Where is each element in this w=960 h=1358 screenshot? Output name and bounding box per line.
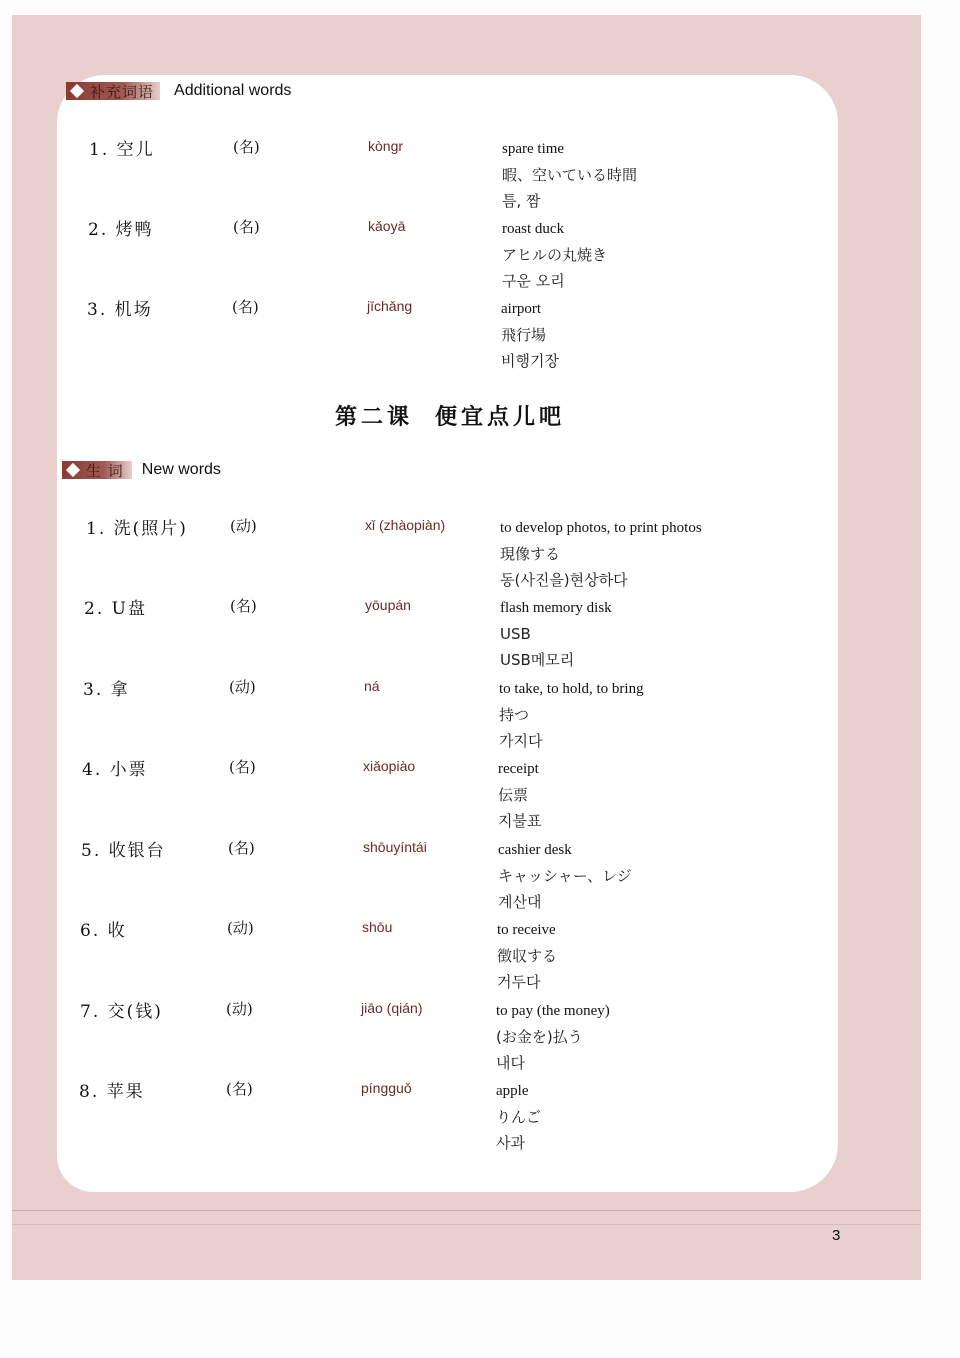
vocab-row: 1. 空儿 (名) kòngr spare time 暇、空いている時間 틈, …	[0, 135, 960, 215]
footer-divider	[12, 1210, 921, 1211]
lesson-title: 第二课便宜点儿吧	[0, 400, 900, 431]
vocab-row: 3. 机场 (名) jīchǎng airport 飛行場 비행기장	[0, 295, 960, 375]
pinyin: shōuyíntái	[363, 839, 427, 855]
definitions: cashier desk キャッシャー、レジ 계산대	[498, 839, 632, 916]
definition-ja: アヒルの丸焼き	[502, 243, 607, 269]
definition-en: airport	[501, 298, 559, 323]
definitions: apple りんご 사과	[496, 1080, 541, 1157]
definition-en: flash memory disk	[500, 597, 612, 622]
vocab-word: 4. 小票	[82, 755, 148, 780]
vocab-word: 8. 苹果	[79, 1077, 145, 1102]
part-of-speech: (动)	[226, 998, 253, 1019]
section-label-zh: 补充词语	[90, 81, 154, 102]
vocab-row: 4. 小票 (名) xiǎopiào receipt 伝票 지불표	[0, 755, 960, 835]
pinyin: píngguǒ	[361, 1080, 412, 1096]
part-of-speech: (名)	[230, 595, 257, 616]
part-of-speech: (名)	[233, 216, 260, 237]
pinyin: xǐ (zhàopiàn)	[365, 517, 445, 533]
definition-ko: 틈, 짬	[502, 189, 637, 215]
definition-ja: 飛行場	[501, 323, 559, 349]
vocab-row: 2. 烤鸭 (名) kǎoyā roast duck アヒルの丸焼き 구운 오리	[0, 215, 960, 295]
definition-en: to develop photos, to print photos	[500, 517, 702, 542]
part-of-speech: (名)	[232, 296, 259, 317]
pinyin: kǎoyā	[368, 218, 405, 234]
definition-ko: 지불표	[498, 809, 541, 835]
part-of-speech: (名)	[228, 837, 255, 858]
definitions: to receive 徴収する 거두다	[497, 919, 557, 996]
definition-en: to take, to hold, to bring	[499, 678, 644, 703]
definition-ko: 사과	[496, 1131, 541, 1157]
definition-ja: USB	[500, 622, 612, 648]
part-of-speech: (动)	[230, 515, 257, 536]
section-badge: 生 词	[62, 461, 132, 479]
diamond-icon	[70, 84, 84, 98]
lesson-number: 第二课	[335, 404, 413, 430]
definition-ja: 持つ	[499, 703, 644, 729]
vocab-row: 7. 交(钱) (动) jiāo (qián) to pay (the mone…	[0, 997, 960, 1077]
section-label-zh: 生 词	[86, 460, 124, 481]
definition-ja: りんご	[496, 1105, 541, 1131]
definition-ko: 내다	[496, 1051, 610, 1077]
definition-ko: 계산대	[498, 890, 632, 916]
pinyin: kòngr	[368, 138, 403, 154]
section-label-en: New words	[142, 461, 221, 479]
definitions: spare time 暇、空いている時間 틈, 짬	[502, 138, 637, 215]
vocab-word: 7. 交(钱)	[80, 997, 163, 1022]
vocab-row: 8. 苹果 (名) píngguǒ apple りんご 사과	[0, 1077, 960, 1157]
part-of-speech: (动)	[227, 917, 254, 938]
definitions: airport 飛行場 비행기장	[501, 298, 559, 375]
definition-ko: 거두다	[497, 970, 557, 996]
definition-en: apple	[496, 1080, 541, 1105]
section-badge: 补充词语	[66, 82, 160, 100]
vocab-word: 3. 机场	[87, 295, 153, 320]
definition-ko: USB메모리	[500, 648, 612, 674]
vocab-row: 3. 拿 (动) ná to take, to hold, to bring 持…	[0, 675, 960, 755]
vocab-row: 6. 收 (动) shōu to receive 徴収する 거두다	[0, 916, 960, 996]
page-number: 3	[832, 1227, 840, 1244]
lesson-name: 便宜点儿吧	[435, 404, 565, 430]
definition-ja: 暇、空いている時間	[502, 163, 637, 189]
definition-ja: (お金を)払う	[496, 1025, 610, 1051]
definition-en: spare time	[502, 138, 637, 163]
definition-en: cashier desk	[498, 839, 632, 864]
vocab-word: 3. 拿	[83, 675, 130, 700]
definition-en: to pay (the money)	[496, 1000, 610, 1025]
definitions: receipt 伝票 지불표	[498, 758, 541, 835]
definitions: to pay (the money) (お金を)払う 내다	[496, 1000, 610, 1077]
section-header-new-words: 生 词 New words	[62, 460, 221, 480]
vocab-row: 1. 洗(照片) (动) xǐ (zhàopiàn) to develop ph…	[0, 514, 960, 594]
definitions: to take, to hold, to bring 持つ 가지다	[499, 678, 644, 755]
vocab-word: 2. 烤鸭	[88, 215, 154, 240]
definition-ko: 동(사진을)현상하다	[500, 568, 702, 594]
section-header-additional: 补充词语 Additional words	[66, 81, 291, 101]
definition-ja: 現像する	[500, 542, 702, 568]
diamond-icon	[66, 463, 80, 477]
vocab-word: 5. 收银台	[81, 836, 166, 861]
part-of-speech: (动)	[229, 676, 256, 697]
pinyin: jīchǎng	[367, 298, 412, 314]
definition-ko: 가지다	[499, 729, 644, 755]
definition-en: roast duck	[502, 218, 607, 243]
pinyin: yōupán	[365, 597, 411, 613]
definition-ko: 비행기장	[501, 349, 559, 375]
vocab-row: 5. 收银台 (名) shōuyíntái cashier desk キャッシャ…	[0, 836, 960, 916]
vocab-word: 6. 收	[80, 916, 127, 941]
pinyin: shōu	[362, 919, 392, 935]
vocab-word: 1. 洗(照片)	[86, 514, 188, 539]
pinyin: ná	[364, 678, 380, 694]
definition-ja: 伝票	[498, 783, 541, 809]
pinyin: jiāo (qián)	[361, 1000, 422, 1016]
definition-en: to receive	[497, 919, 557, 944]
definitions: roast duck アヒルの丸焼き 구운 오리	[502, 218, 607, 295]
section-label-en: Additional words	[174, 82, 291, 100]
definitions: to develop photos, to print photos 現像する …	[500, 517, 702, 594]
vocab-word: 2. U盘	[84, 594, 147, 619]
part-of-speech: (名)	[226, 1078, 253, 1099]
pinyin: xiǎopiào	[363, 758, 415, 774]
part-of-speech: (名)	[233, 136, 260, 157]
definition-ja: キャッシャー、レジ	[498, 864, 632, 890]
footer-divider	[12, 1224, 921, 1225]
definition-ko: 구운 오리	[502, 269, 607, 295]
definitions: flash memory disk USB USB메모리	[500, 597, 612, 674]
vocab-word: 1. 空儿	[89, 135, 155, 160]
definition-ja: 徴収する	[497, 944, 557, 970]
definition-en: receipt	[498, 758, 541, 783]
vocab-row: 2. U盘 (名) yōupán flash memory disk USB U…	[0, 594, 960, 674]
part-of-speech: (名)	[229, 756, 256, 777]
